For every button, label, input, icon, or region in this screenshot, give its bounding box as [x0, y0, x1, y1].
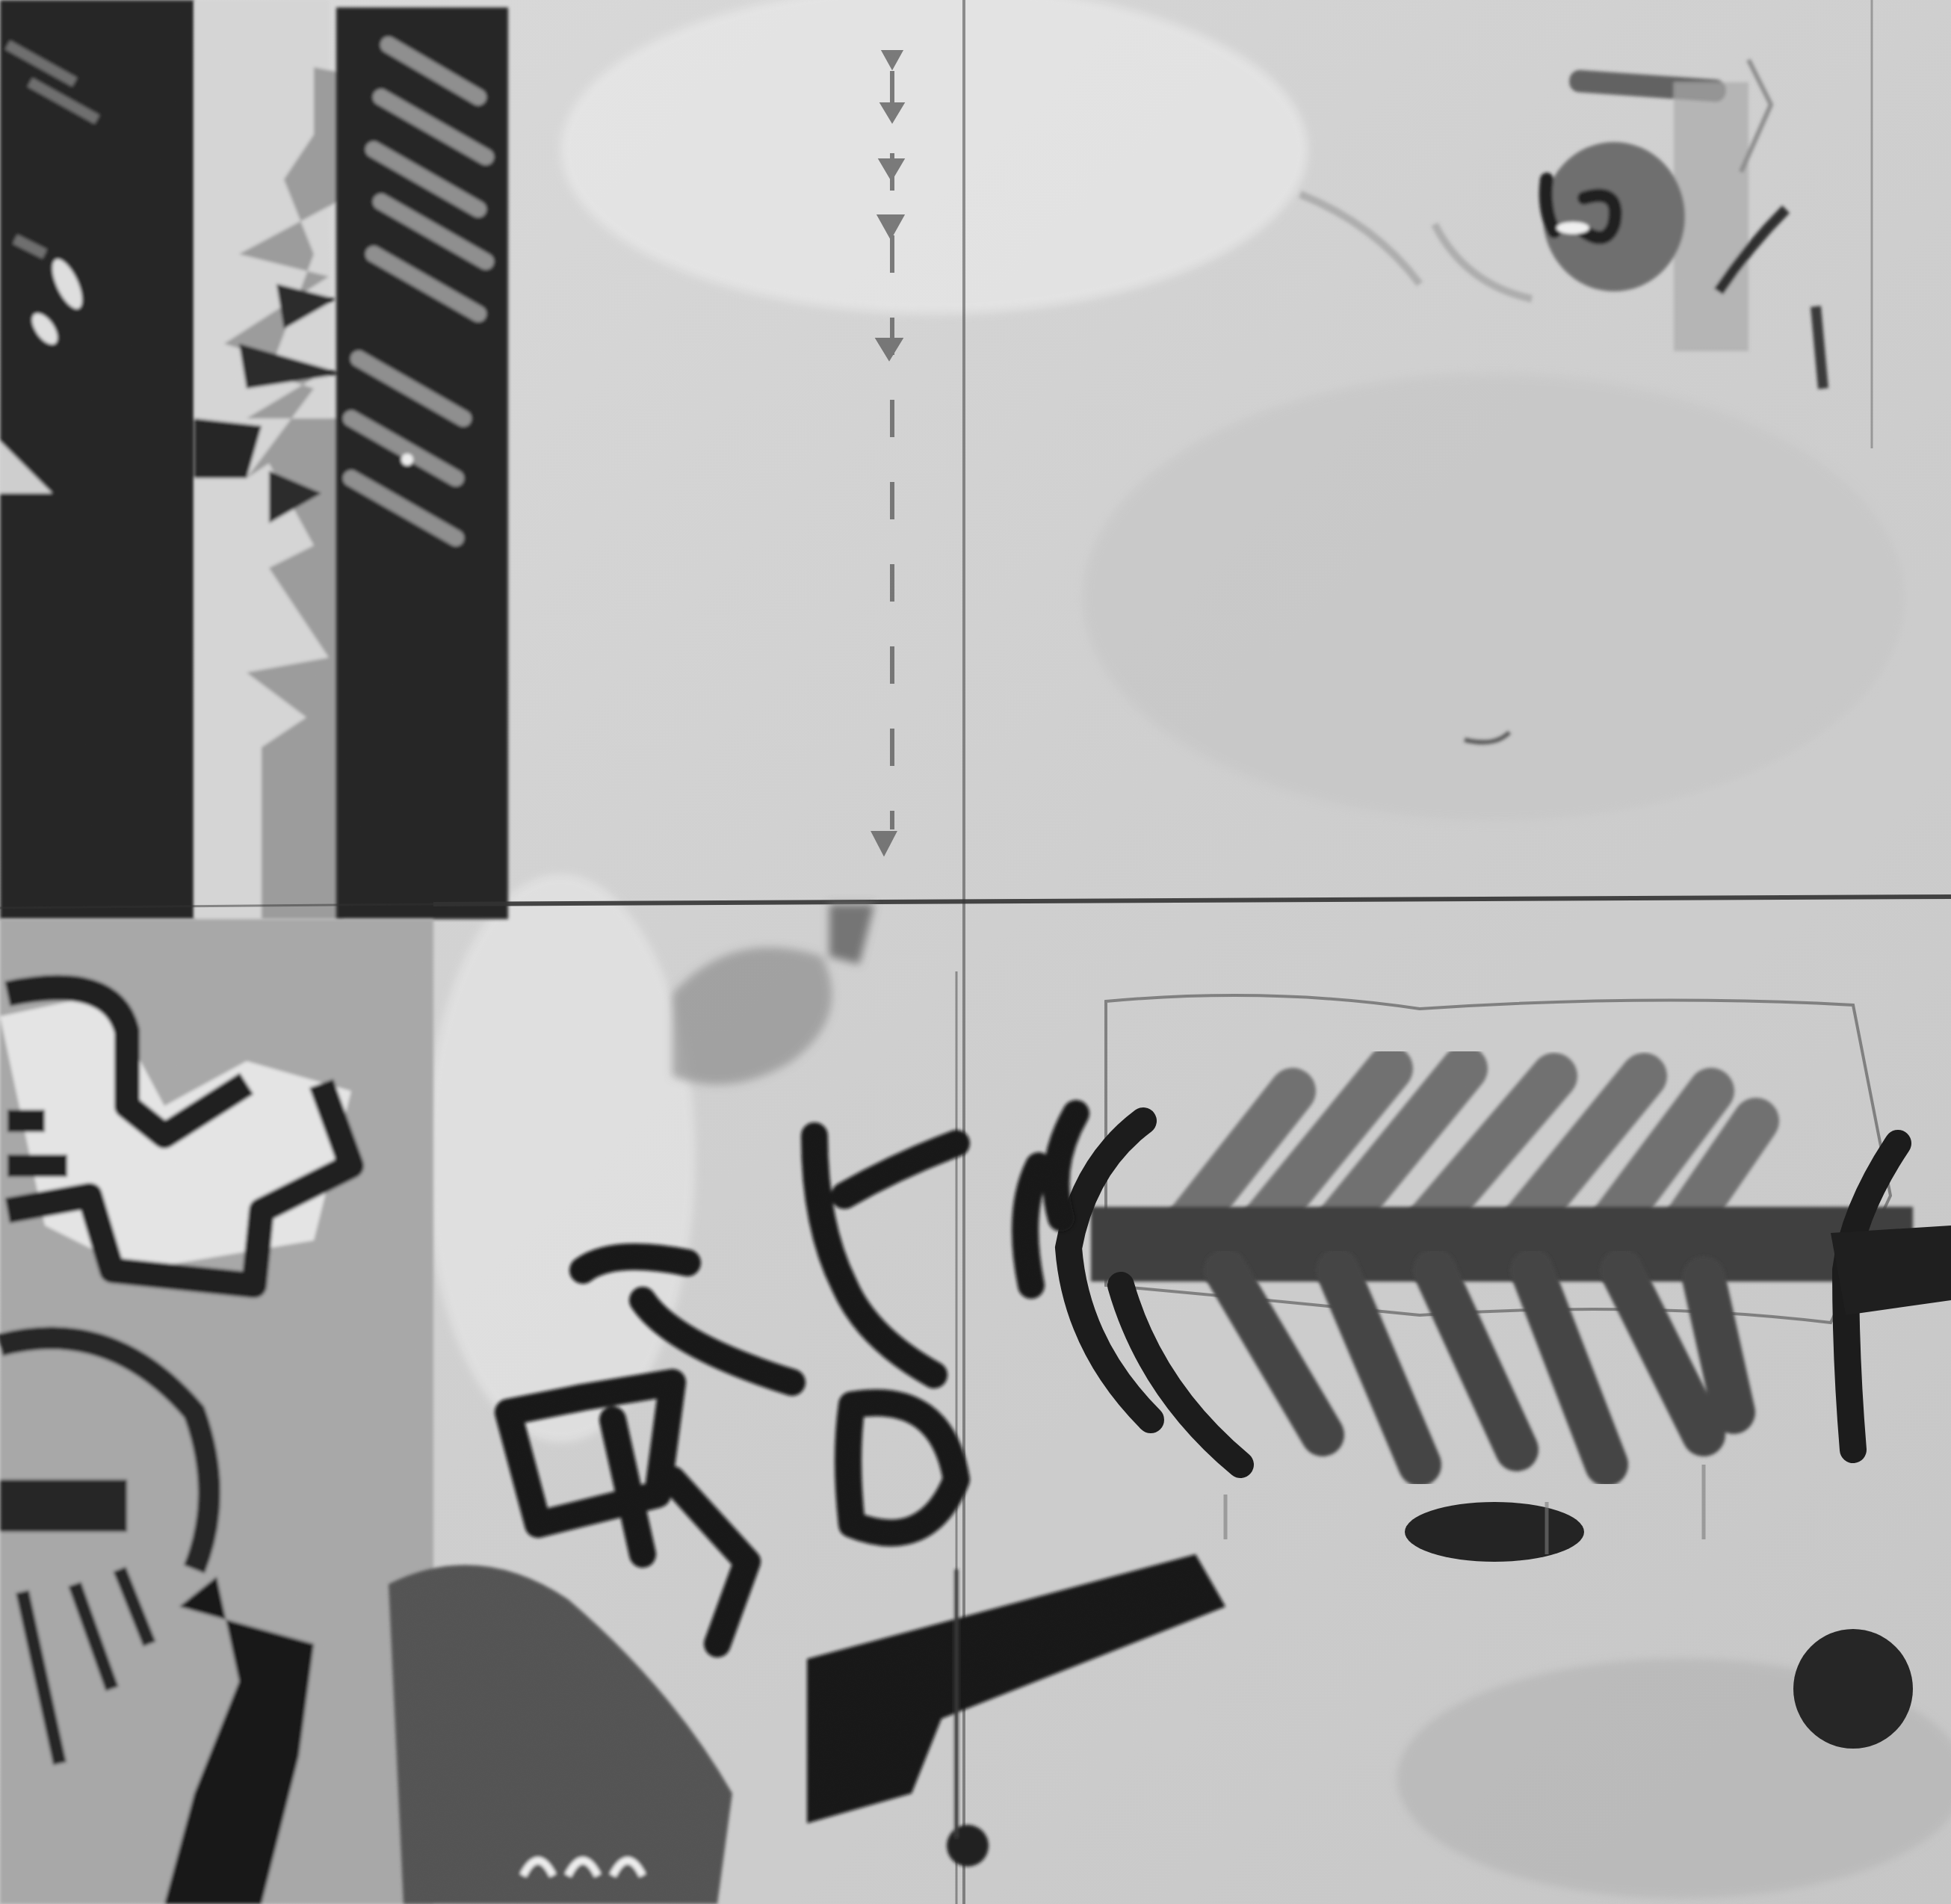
abstract-painting [0, 0, 1951, 1904]
grain-overlay [0, 0, 1951, 1904]
painting-photo [0, 0, 1951, 1904]
